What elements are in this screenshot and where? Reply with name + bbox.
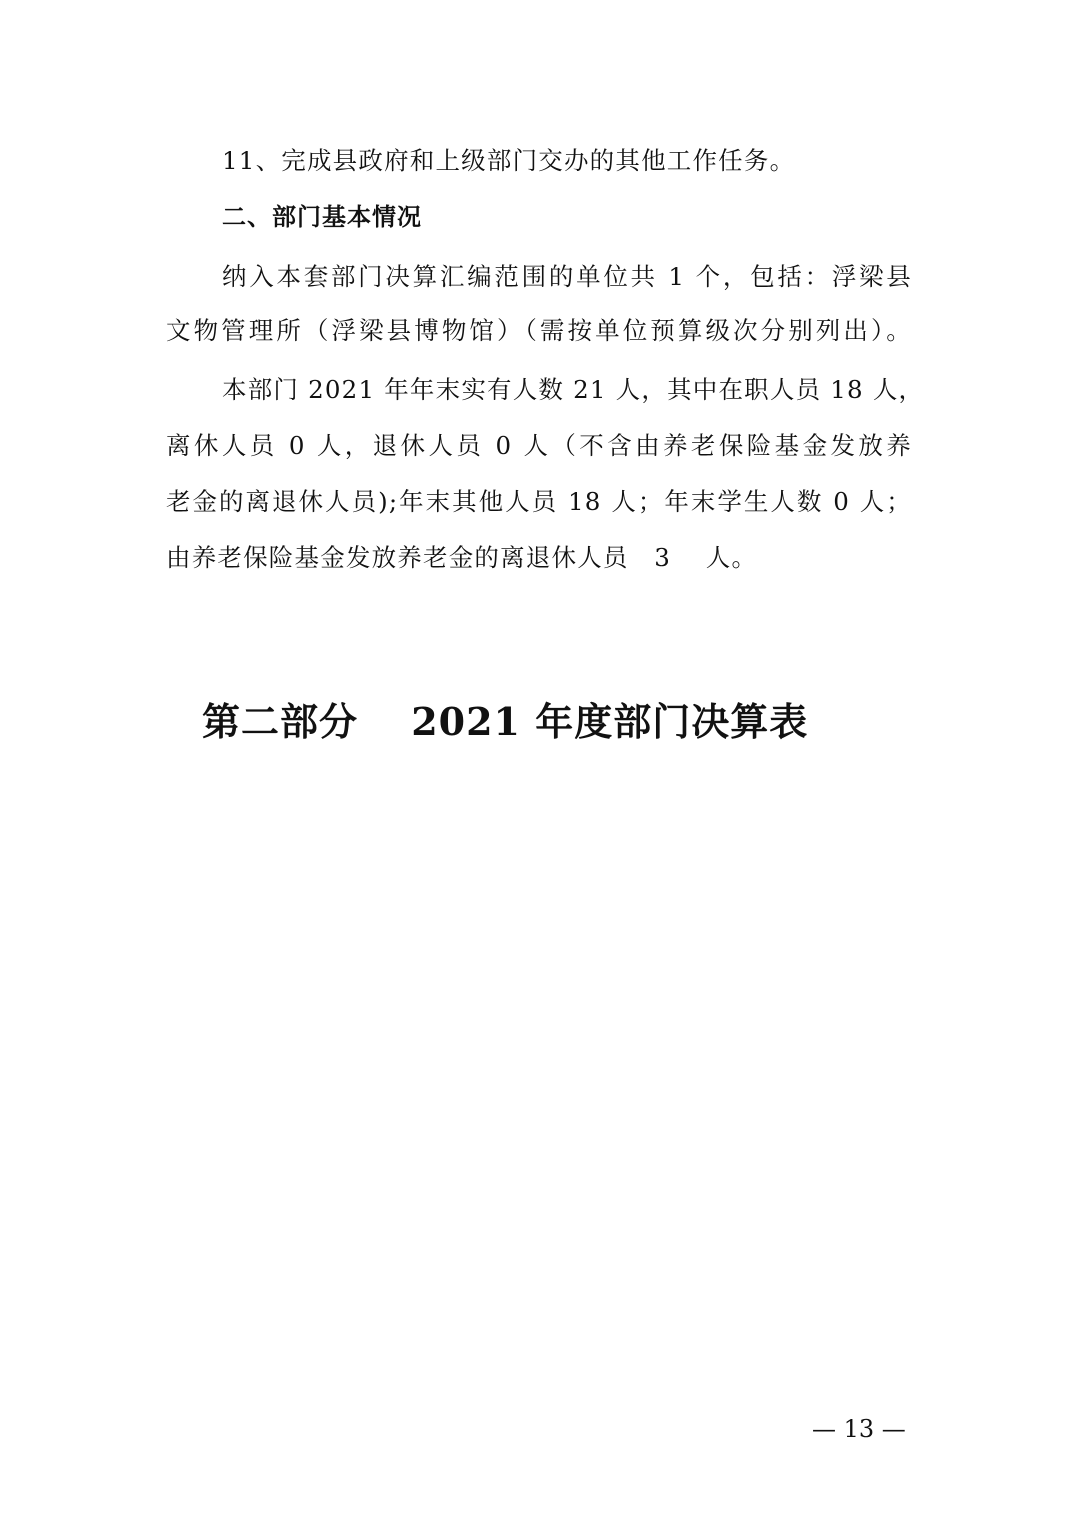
part-title: 第二部分 2021 年度部门决算表 bbox=[202, 700, 808, 744]
paragraph-staff-line-2: 离休人员 0 人，退休人员 0 人（不含由养老保险基金发放养 bbox=[166, 431, 912, 461]
paragraph-staff-line-1: 本部门 2021 年年末实有人数 21 人，其中在职人员 18 人， bbox=[222, 375, 912, 405]
paragraph-units-line-1: 纳入本套部门决算汇编范围的单位共 1 个，包括：浮梁县 bbox=[222, 262, 912, 292]
paragraph-staff-line-4: 由养老保险基金发放养老金的离退休人员 3 人。 bbox=[166, 543, 757, 573]
list-item-11: 11、完成县政府和上级部门交办的其他工作任务。 bbox=[222, 146, 795, 176]
paragraph-units-line-2: 文物管理所（浮梁县博物馆）（需按单位预算级次分别列出）。 bbox=[166, 316, 912, 346]
section-heading: 二、部门基本情况 bbox=[222, 202, 422, 232]
document-page: 11、完成县政府和上级部门交办的其他工作任务。 二、部门基本情况 纳入本套部门决… bbox=[0, 0, 1074, 1520]
paragraph-staff-line-3: 老金的离退休人员);年末其他人员 18 人；年末学生人数 0 人； bbox=[166, 487, 912, 517]
page-number: — 13 — bbox=[812, 1415, 906, 1443]
